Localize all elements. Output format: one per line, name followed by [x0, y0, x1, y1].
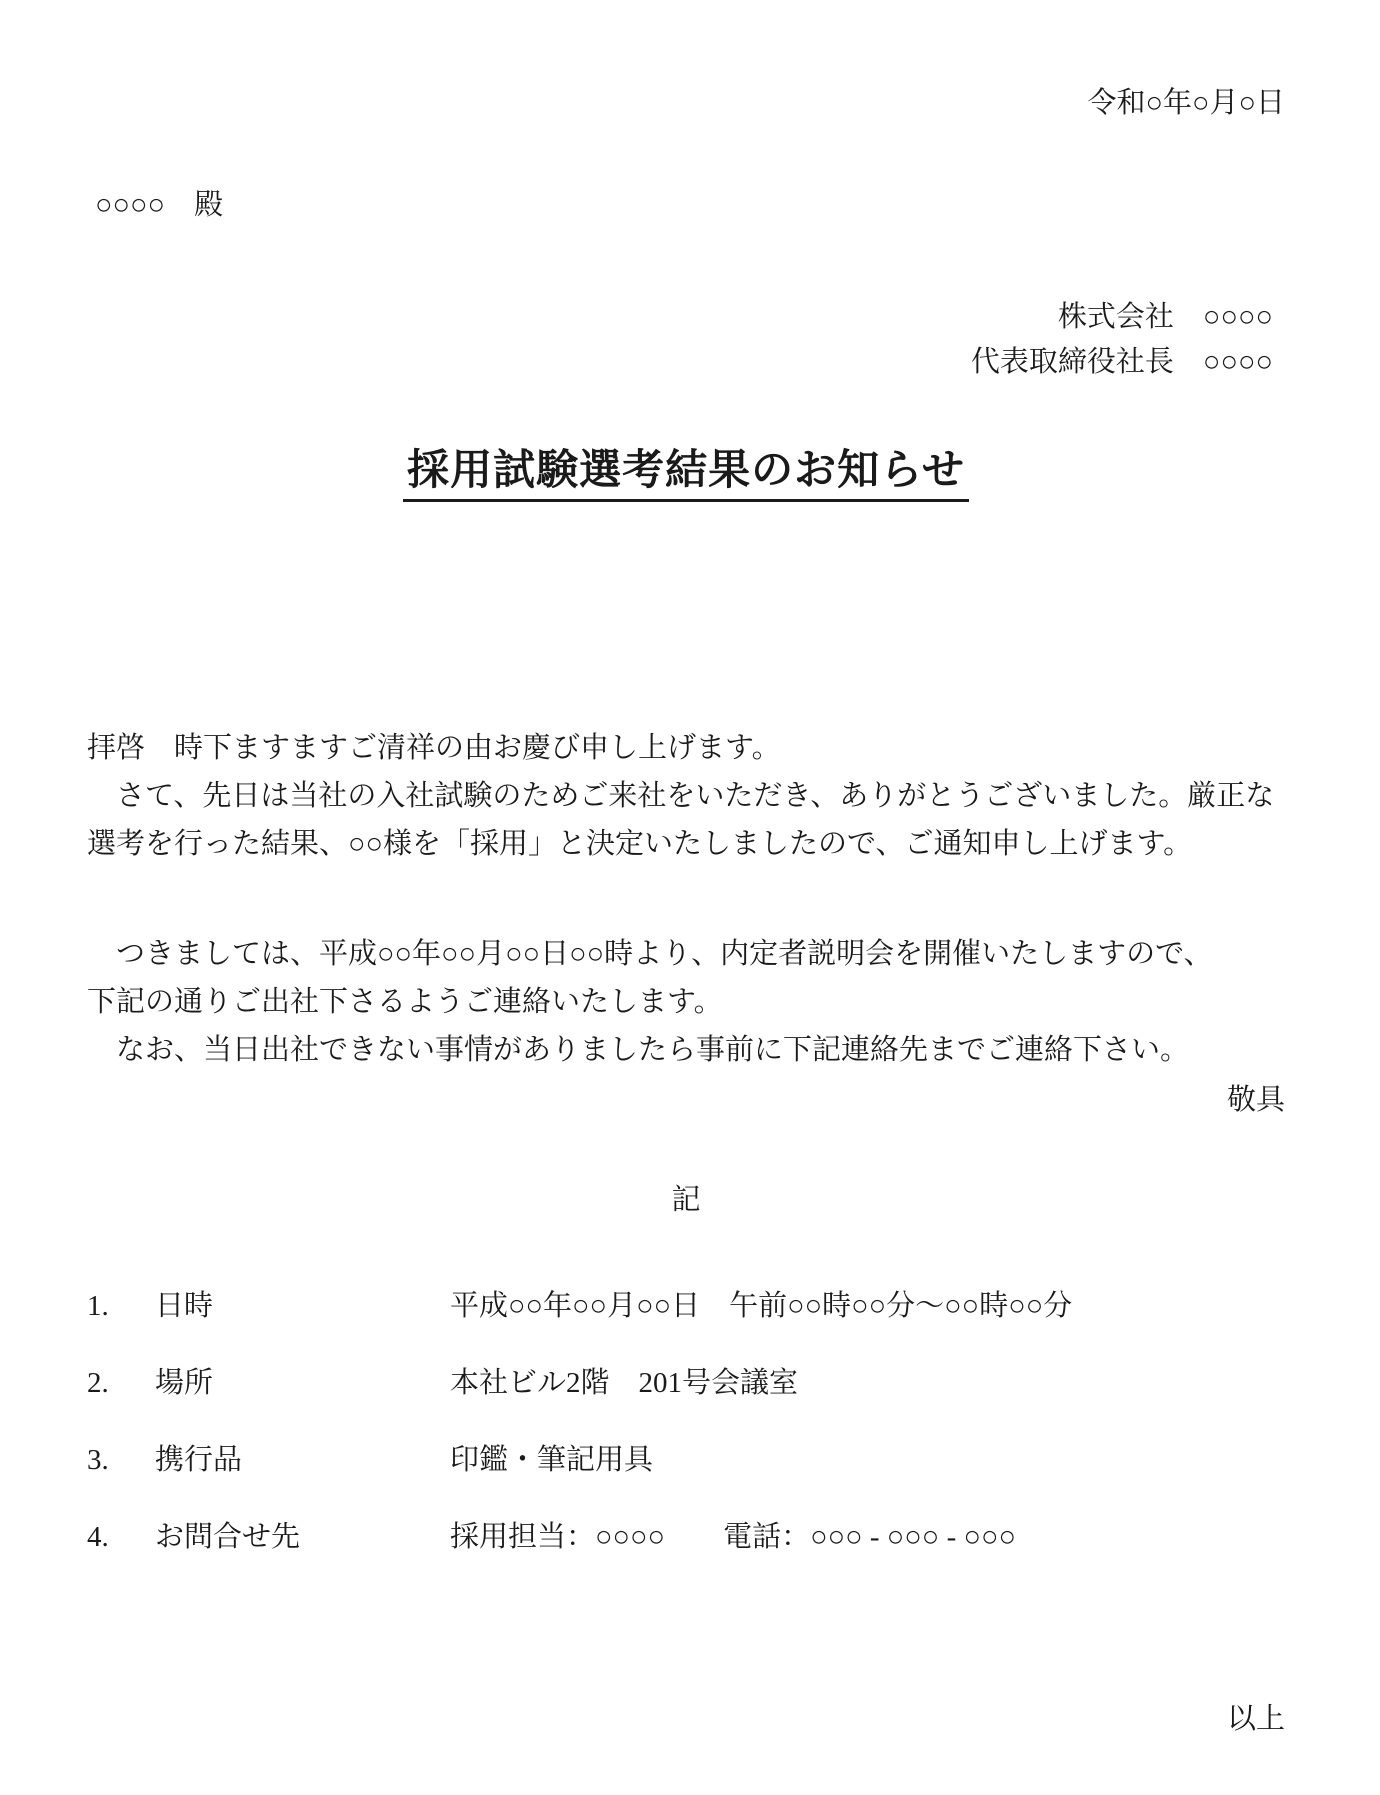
addressee-line: ○○○○ 殿	[87, 185, 1285, 225]
list-item: 4. お問合せ先 採用担当：○○○○ 電話：○○○ - ○○○ - ○○○	[87, 1513, 1285, 1561]
ki-marker: 記	[87, 1176, 1285, 1224]
item-label: 日時	[155, 1282, 450, 1330]
footer-closing: 以上	[1227, 1695, 1285, 1743]
document-title: 採用試験選考結果のお知らせ	[403, 445, 969, 502]
letter-body: 拝啓 時下ますますご清祥の由お慶び申し上げます。 さて、先日は当社の入社試験のた…	[87, 724, 1285, 1124]
list-item: 3. 携行品 印鑑・筆記用具	[87, 1436, 1285, 1484]
body-line-1: さて、先日は当社の入社試験のためご来社をいただき、ありがとうございました。厳正な	[87, 772, 1285, 820]
details-list: 1. 日時 平成○○年○○月○○日 午前○○時○○分～○○時○○分 2. 場所 …	[87, 1282, 1285, 1561]
item-value: 平成○○年○○月○○日 午前○○時○○分～○○時○○分	[450, 1282, 1285, 1330]
item-value: 本社ビル2階 201号会議室	[450, 1359, 1285, 1407]
item-number: 2.	[87, 1359, 155, 1407]
item-number: 1.	[87, 1282, 155, 1330]
item-number: 4.	[87, 1513, 155, 1561]
body-line-4: 下記の通りご出社下さるようご連絡いたします。	[87, 978, 1285, 1026]
item-label: 携行品	[155, 1436, 450, 1484]
body-line-5: なお、当日出社できない事情がありましたら事前に下記連絡先までご連絡下さい。	[87, 1026, 1285, 1074]
greeting-line: 拝啓 時下ますますご清祥の由お慶び申し上げます。	[87, 724, 1285, 772]
list-item: 1. 日時 平成○○年○○月○○日 午前○○時○○分～○○時○○分	[87, 1282, 1285, 1330]
sender-company: 株式会社 ○○○○	[87, 295, 1273, 340]
body-line-2: 選考を行った結果、○○様を「採用」と決定いたしましたので、ご通知申し上げます。	[87, 820, 1285, 868]
body-line-3: つきましては、平成○○年○○月○○日○○時より、内定者説明会を開催いたしますので…	[87, 930, 1285, 978]
sender-president: 代表取締役社長 ○○○○	[87, 340, 1273, 385]
item-value: 印鑑・筆記用具	[450, 1436, 1285, 1484]
item-number: 3.	[87, 1436, 155, 1484]
document-date: 令和○年○月○日	[87, 85, 1285, 121]
letter-page: 令和○年○月○日 ○○○○ 殿 株式会社 ○○○○ 代表取締役社長 ○○○○ 採…	[0, 0, 1380, 1795]
item-label: 場所	[155, 1359, 450, 1407]
closing-word: 敬具	[87, 1076, 1285, 1124]
item-value: 採用担当：○○○○ 電話：○○○ - ○○○ - ○○○	[450, 1513, 1285, 1561]
item-label: お問合せ先	[155, 1513, 450, 1561]
sender-block: 株式会社 ○○○○ 代表取締役社長 ○○○○	[87, 295, 1285, 385]
list-item: 2. 場所 本社ビル2階 201号会議室	[87, 1359, 1285, 1407]
title-wrap: 採用試験選考結果のお知らせ	[87, 445, 1285, 502]
